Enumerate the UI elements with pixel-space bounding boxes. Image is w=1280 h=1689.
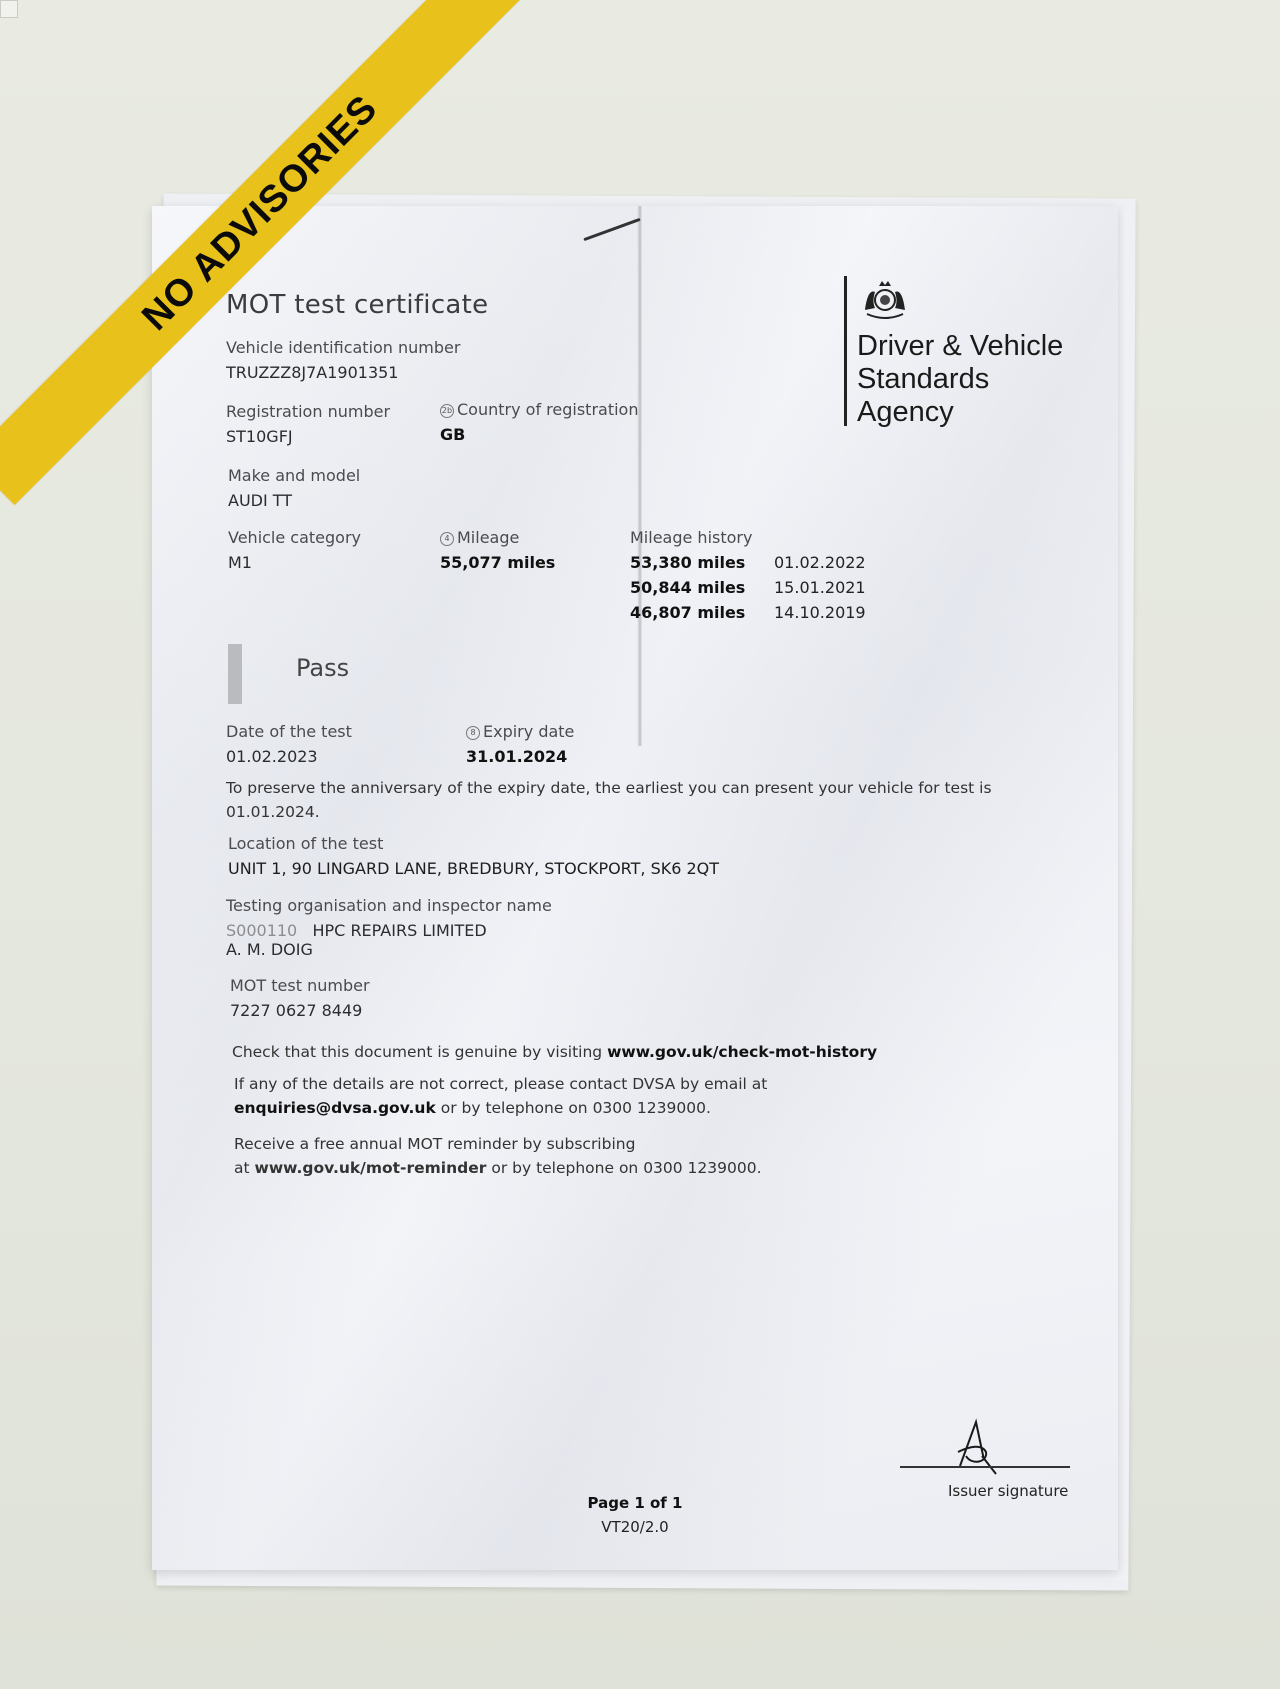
certificate-content: MOT test certificate Driver & Vehicle St… (152, 206, 1118, 1570)
mileage-value: 55,077 miles (440, 553, 555, 572)
field-number-badge: 4 (440, 532, 454, 546)
field-number-badge: 2b (440, 404, 454, 418)
vin-label: Vehicle identification number (226, 338, 460, 357)
organisation-value: S000110 HPC REPAIRS LIMITED (226, 921, 552, 940)
reminder-text: Receive a free annual MOT reminder by su… (234, 1132, 854, 1180)
check-mot-history-link[interactable]: www.gov.uk/check-mot-history (607, 1043, 877, 1061)
registration-value: ST10GFJ (226, 427, 390, 446)
test-number-value: 7227 0627 8449 (230, 1001, 370, 1020)
organisation-code: S000110 (226, 921, 297, 940)
history-date: 15.01.2021 (774, 578, 866, 597)
test-date-value: 01.02.2023 (226, 747, 352, 766)
expiry-field: 8Expiry date 31.01.2024 (466, 722, 574, 766)
document-title: MOT test certificate (226, 290, 488, 320)
mileage-field: 4Mileage 55,077 miles (440, 528, 555, 572)
organisation-label: Testing organisation and inspector name (226, 896, 552, 915)
mot-reminder-link[interactable]: www.gov.uk/mot-reminder (255, 1159, 487, 1177)
anniversary-note: To preserve the anniversary of the expir… (226, 776, 1016, 824)
dvsa-logo: Driver & Vehicle Standards Agency (844, 276, 1063, 426)
mileage-history-row: 53,380 miles 01.02.2022 (630, 553, 866, 572)
make-model-field: Make and model AUDI TT (228, 466, 360, 510)
location-label: Location of the test (228, 834, 719, 853)
location-field: Location of the test UNIT 1, 90 LINGARD … (228, 834, 719, 878)
test-date-field: Date of the test 01.02.2023 (226, 722, 352, 766)
country-value: GB (440, 425, 638, 444)
mileage-history-row: 50,844 miles 15.01.2021 (630, 578, 866, 597)
history-miles: 46,807 miles (630, 603, 774, 622)
make-model-value: AUDI TT (228, 491, 360, 510)
country-label: Country of registration (457, 400, 638, 419)
history-date: 01.02.2022 (774, 553, 866, 572)
check-text: Check that this document is genuine by v… (232, 1043, 602, 1061)
vin-value: TRUZZZ8J7A1901351 (226, 363, 460, 382)
mot-certificate-paper: MOT test certificate Driver & Vehicle St… (152, 206, 1118, 1570)
agency-name-line-2: Standards (857, 363, 1063, 396)
make-model-label: Make and model (228, 466, 360, 485)
history-miles: 50,844 miles (630, 578, 774, 597)
mileage-label: Mileage (457, 528, 519, 547)
test-date-label: Date of the test (226, 722, 352, 741)
mileage-history-row: 46,807 miles 14.10.2019 (630, 603, 866, 622)
royal-coat-of-arms-icon (857, 276, 913, 322)
check-genuine-text: Check that this document is genuine by v… (232, 1040, 877, 1064)
contact-text-2: or by telephone on 0300 1239000. (441, 1099, 711, 1117)
test-number-label: MOT test number (230, 976, 370, 995)
organisation-field: Testing organisation and inspector name … (226, 896, 552, 959)
inspector-name: A. M. DOIG (226, 940, 552, 959)
registration-label: Registration number (226, 402, 390, 421)
signature-line (900, 1466, 1070, 1468)
contact-text: If any of the details are not correct, p… (234, 1072, 854, 1120)
history-date: 14.10.2019 (774, 603, 866, 622)
mileage-history: Mileage history 53,380 miles 01.02.2022 … (630, 528, 866, 622)
expiry-value: 31.01.2024 (466, 747, 574, 766)
reminder-text-1: Receive a free annual MOT reminder by su… (234, 1135, 635, 1153)
mileage-history-label: Mileage history (630, 528, 866, 547)
expiry-label: Expiry date (483, 722, 574, 741)
location-value: UNIT 1, 90 LINGARD LANE, BREDBURY, STOCK… (228, 859, 719, 878)
contact-text-1: If any of the details are not correct, p… (234, 1075, 767, 1093)
test-result: Pass (296, 654, 349, 682)
reminder-prefix: at (234, 1159, 250, 1177)
image-corner-marker (0, 0, 18, 18)
registration-field: Registration number ST10GFJ (226, 402, 390, 446)
test-number-field: MOT test number 7227 0627 8449 (230, 976, 370, 1020)
result-indicator-bar (228, 644, 242, 704)
history-miles: 53,380 miles (630, 553, 774, 572)
contact-email-link[interactable]: enquiries@dvsa.gov.uk (234, 1099, 436, 1117)
vin-field: Vehicle identification number TRUZZZ8J7A… (226, 338, 460, 382)
form-code: VT20/2.0 (152, 1518, 1118, 1536)
category-label: Vehicle category (228, 528, 361, 547)
country-field: 2bCountry of registration GB (440, 400, 638, 444)
agency-name-line-3: Agency (857, 396, 1063, 429)
organisation-name: HPC REPAIRS LIMITED (313, 921, 487, 940)
reminder-text-2: or by telephone on 0300 1239000. (491, 1159, 761, 1177)
field-number-badge: 8 (466, 726, 480, 740)
category-field: Vehicle category M1 (228, 528, 361, 572)
category-value: M1 (228, 553, 361, 572)
page-number: Page 1 of 1 (152, 1494, 1118, 1512)
agency-name-line-1: Driver & Vehicle (857, 330, 1063, 363)
